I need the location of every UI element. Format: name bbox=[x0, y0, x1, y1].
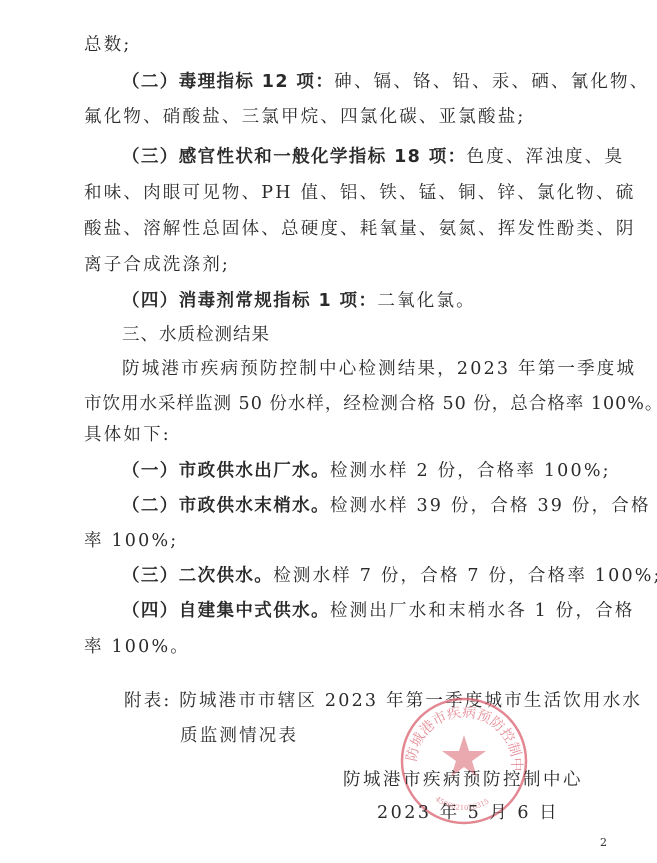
paragraph-line: 率 100%。 bbox=[84, 636, 604, 658]
paragraph-line: 总数; bbox=[84, 34, 604, 56]
paragraph-line: 率 100%; bbox=[84, 530, 604, 552]
paragraph-line: 和味、肉眼可见物、PH 值、铝、铁、锰、铜、锌、氯化物、硫 bbox=[84, 182, 604, 204]
attachment-line-1: 附表: 防城港市市辖区 2023 年第一季度城市生活饮用水水 bbox=[124, 690, 644, 712]
result-item-1: （一）市政供水出厂水。检测水样 2 份，合格率 100%; bbox=[122, 460, 642, 482]
section-heading: 三、水质检测结果 bbox=[122, 324, 642, 346]
paragraph-line: 具体如下: bbox=[84, 424, 604, 446]
signature-org: 防城港市疾病预防控制中心 bbox=[343, 766, 583, 791]
paragraph-results: 防城港市疾病预防控制中心检测结果，2023 年第一季度城 bbox=[122, 358, 642, 380]
result-item-2: （二）市政供水末梢水。检测水样 39 份，合格 39 份，合格 bbox=[122, 495, 642, 517]
paragraph-line: 离子合成洗涤剂; bbox=[84, 254, 604, 276]
paragraph-sensory: （三）感官性状和一般化学指标 18 项：色度、浑浊度、臭 bbox=[122, 146, 642, 168]
result-item-3: （三）二次供水。检测水样 7 份，合格 7 份，合格率 100%; bbox=[122, 565, 642, 587]
paragraph-line: 氟化物、硝酸盐、三氯甲烷、四氯化碳、亚氯酸盐; bbox=[84, 106, 604, 128]
paragraph-line: 酸盐、溶解性总固体、总硬度、耗氧量、氨氮、挥发性酚类、阴 bbox=[84, 218, 604, 240]
signature-date: 2023 年 5 月 6 日 bbox=[377, 799, 559, 824]
paragraph-line: 市饮用水采样监测 50 份水样，经检测合格 50 份，总合格率 100%。 bbox=[84, 393, 604, 415]
page-number: 2 bbox=[600, 836, 607, 849]
result-item-4: （四）自建集中式供水。检测出厂水和末梢水各 1 份，合格 bbox=[122, 600, 642, 622]
paragraph-toxicology: （二）毒理指标 12 项：砷、镉、铬、铅、汞、硒、氰化物、 bbox=[122, 71, 642, 93]
paragraph-disinfectant: （四）消毒剂常规指标 1 项：二氧化氯。 bbox=[122, 290, 642, 312]
